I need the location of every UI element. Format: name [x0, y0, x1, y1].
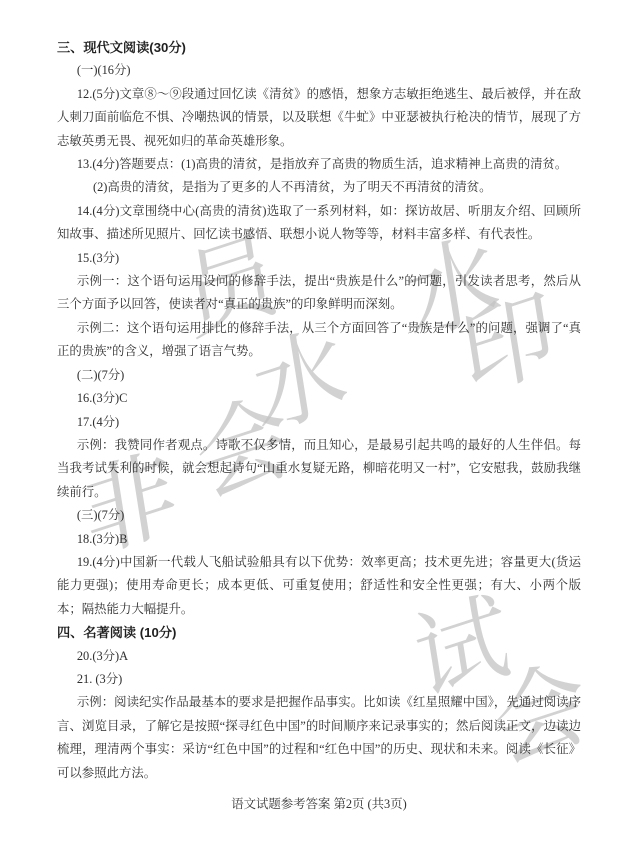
- answer-15-label: 15.(3分): [57, 247, 581, 270]
- answer-15-example-1: 示例一：这个语句运用设问的修辞手法，提出“贵族是什么”的问题，引发读者思考，然后…: [57, 270, 581, 317]
- answer-20: 20.(3分)A: [57, 645, 581, 668]
- answer-sheet-page: 员 水 非 会 水 印 试 会 三、现代文阅读(30分) (一)(16分) 12…: [0, 0, 640, 849]
- answer-19: 19.(4分)中国新一代载人飞船试验船具有以下优势：效率更高；技术更先进；容量更…: [57, 551, 581, 621]
- answer-14: 14.(4分)文章围绕中心(高贵的清贫)选取了一系列材料，如：探访故居、听朋友介…: [57, 200, 581, 247]
- answer-21-label: 21. (3分): [57, 668, 581, 691]
- subsection-2-score: (二)(7分): [57, 364, 581, 387]
- answer-13-part2: (2)高贵的清贫，是指为了更多的人不再清贫，为了明天不再清贫的清贫。: [57, 176, 581, 199]
- document-content: 三、现代文阅读(30分) (一)(16分) 12.(5分)文章⑧～⑨段通过回忆读…: [0, 0, 640, 816]
- answer-17-example: 示例：我赞同作者观点。诗歌不仅多情，而且知心，是最易引起共鸣的最好的人生伴侣。每…: [57, 434, 581, 504]
- section-3-heading: 三、现代文阅读(30分): [57, 36, 581, 59]
- answer-16: 16.(3分)C: [57, 387, 581, 410]
- subsection-1-score: (一)(16分): [57, 59, 581, 82]
- subsection-3-score: (三)(7分): [57, 504, 581, 527]
- answer-17-label: 17.(4分): [57, 411, 581, 434]
- answer-15-example-2: 示例二：这个语句运用排比的修辞手法，从三个方面回答了“贵族是什么”的问题，强调了…: [57, 317, 581, 364]
- page-footer: 语文试题参考答案 第2页 (共3页): [57, 793, 581, 816]
- section-4-heading: 四、名著阅读 (10分): [57, 621, 581, 644]
- answer-12: 12.(5分)文章⑧～⑨段通过回忆读《清贫》的感悟，想象方志敏拒绝逃生、最后被俘…: [57, 83, 581, 153]
- answer-18: 18.(3分)B: [57, 528, 581, 551]
- answer-21-example: 示例：阅读纪实作品最基本的要求是把握作品事实。比如读《红星照耀中国》，先通过阅读…: [57, 691, 581, 785]
- answer-13-part1: 13.(4分)答题要点：(1)高贵的清贫，是指放弃了高贵的物质生活，追求精神上高…: [57, 153, 581, 176]
